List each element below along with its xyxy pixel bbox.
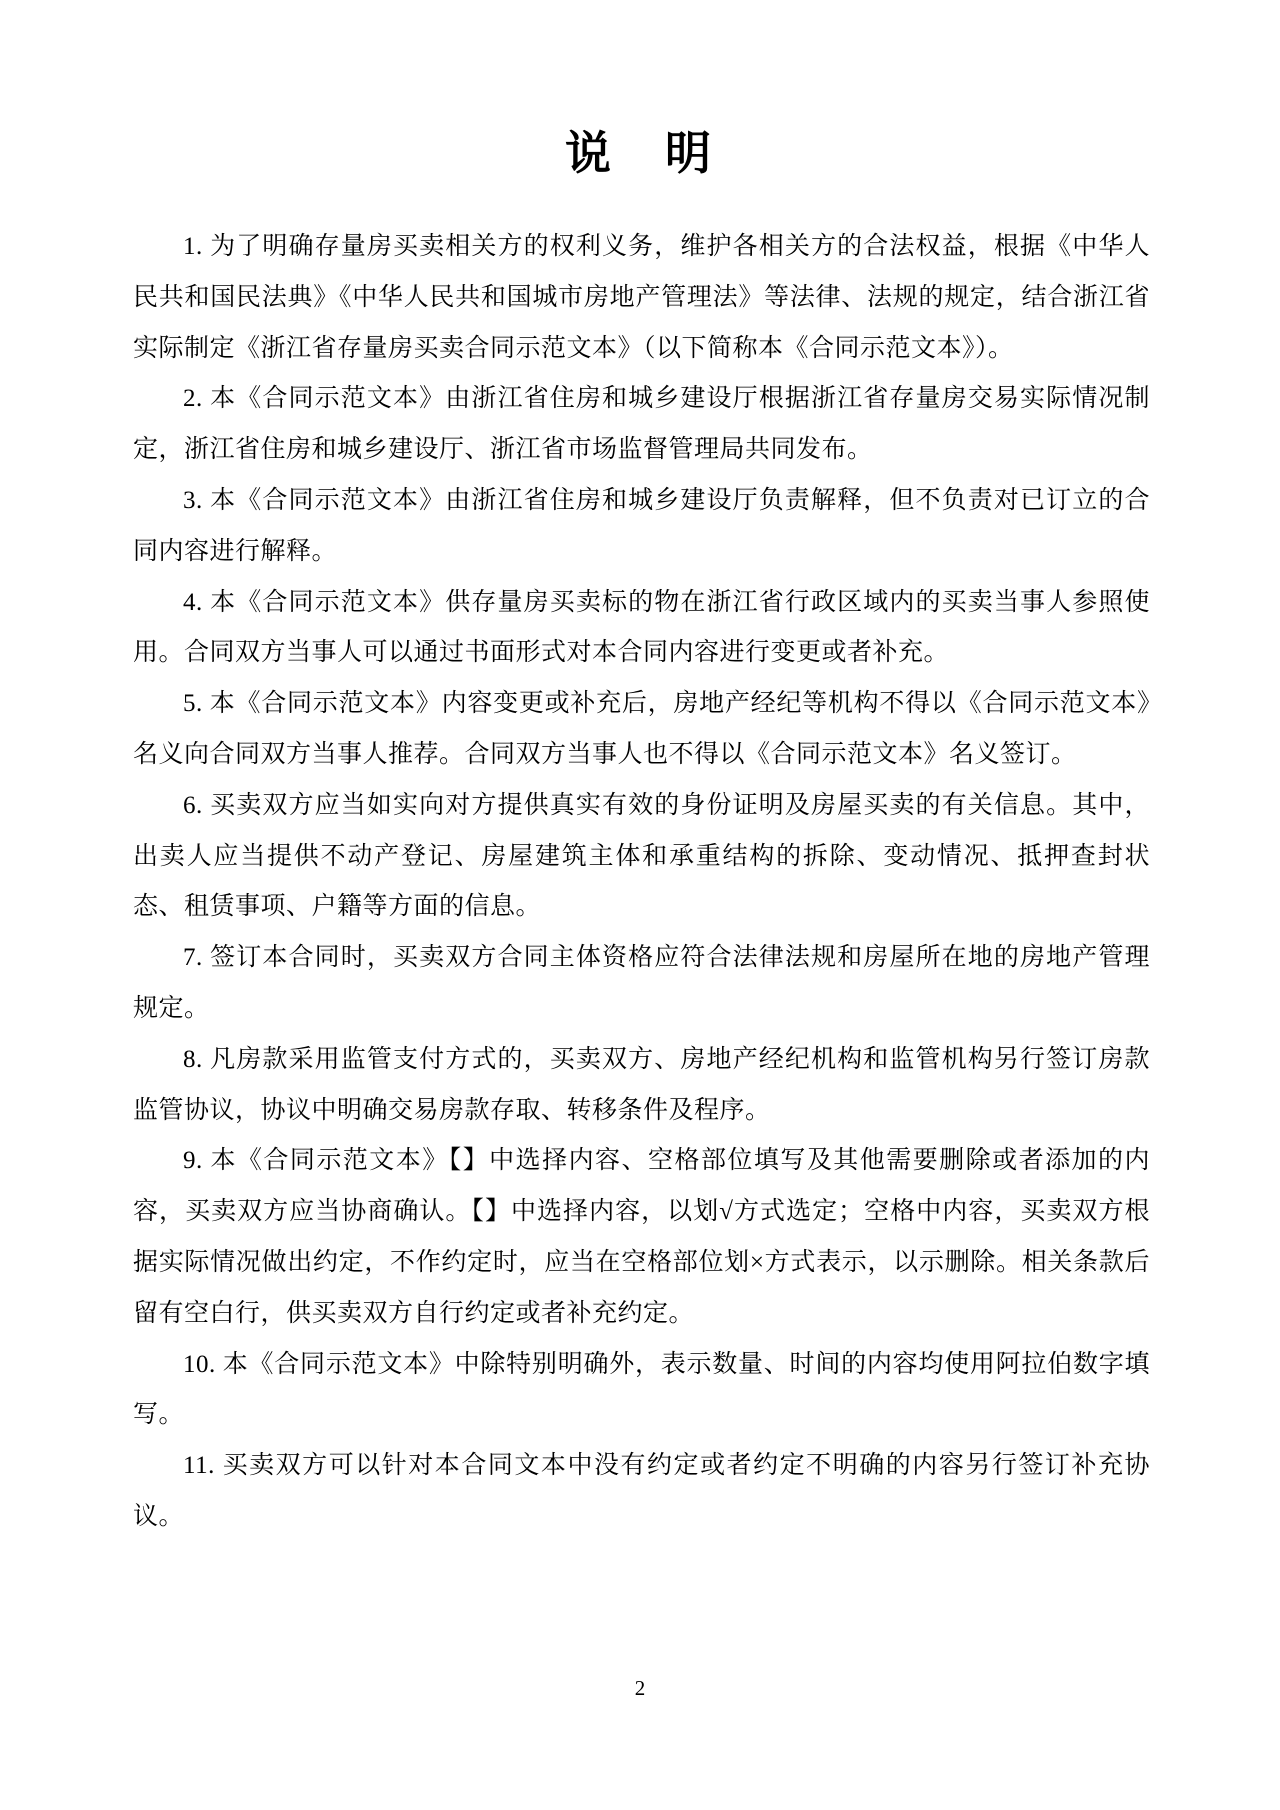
instructions-body: 1. 为了明确存量房买卖相关方的权利义务，维护各相关方的合法权益，根据《中华人民… (133, 222, 1150, 1543)
instruction-paragraph-8: 8. 凡房款采用监管支付方式的，买卖双方、房地产经纪机构和监管机构另行签订房款监… (133, 1035, 1150, 1137)
instruction-paragraph-7: 7. 签订本合同时，买卖双方合同主体资格应符合法律法规和房屋所在地的房地产管理规… (133, 933, 1150, 1035)
document-title: 说 明 (0, 126, 1280, 181)
instruction-paragraph-3: 3. 本《合同示范文本》由浙江省住房和城乡建设厅负责解释，但不负责对已订立的合同… (133, 476, 1150, 578)
instruction-paragraph-4: 4. 本《合同示范文本》供存量房买卖标的物在浙江省行政区域内的买卖当事人参照使用… (133, 578, 1150, 680)
instruction-paragraph-9: 9. 本《合同示范文本》【】中选择内容、空格部位填写及其他需要删除或者添加的内容… (133, 1136, 1150, 1339)
document-page: 说 明 1. 为了明确存量房买卖相关方的权利义务，维护各相关方的合法权益，根据《… (0, 0, 1280, 1810)
instruction-paragraph-2: 2. 本《合同示范文本》由浙江省住房和城乡建设厅根据浙江省存量房交易实际情况制定… (133, 374, 1150, 476)
page-number: 2 (0, 1676, 1280, 1701)
instruction-paragraph-11: 11. 买卖双方可以针对本合同文本中没有约定或者约定不明确的内容另行签订补充协议… (133, 1441, 1150, 1543)
instruction-paragraph-6: 6. 买卖双方应当如实向对方提供真实有效的身份证明及房屋买卖的有关信息。其中，出… (133, 781, 1150, 933)
instruction-paragraph-10: 10. 本《合同示范文本》中除特别明确外，表示数量、时间的内容均使用阿拉伯数字填… (133, 1340, 1150, 1442)
instruction-paragraph-1: 1. 为了明确存量房买卖相关方的权利义务，维护各相关方的合法权益，根据《中华人民… (133, 222, 1150, 374)
instruction-paragraph-5: 5. 本《合同示范文本》内容变更或补充后，房地产经纪等机构不得以《合同示范文本》… (133, 679, 1150, 781)
